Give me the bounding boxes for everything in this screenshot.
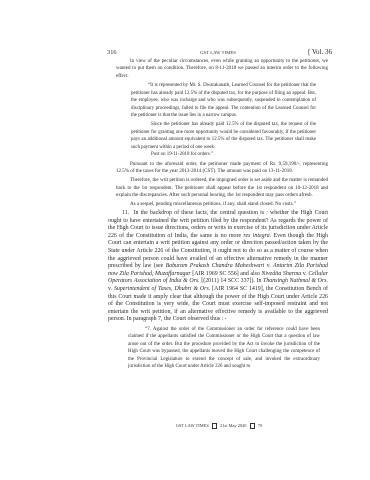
- footer-page: 70: [258, 423, 262, 428]
- paragraph-interim-intro: In view of the peculiar circumstances, e…: [116, 58, 328, 80]
- case-citation: Superintendent of Taxes, Dhubri & Ors.: [114, 286, 210, 292]
- quote-paragraph: “It is represented by Mr. S. Dwarakanath…: [131, 82, 316, 120]
- paragraph-number: 11.: [122, 210, 129, 216]
- square-bullet-icon: [250, 423, 255, 428]
- document-page: 316 GST LAW TIMES [ Vol. 36 In view of t…: [0, 0, 370, 480]
- paragraph-11: 11. In the backdrop of these facts, the …: [108, 210, 328, 324]
- volume-label: [ Vol. 36: [308, 48, 332, 56]
- court-observation-quote: “7. Against the order of the Commissione…: [128, 326, 320, 371]
- page-header: 316 GST LAW TIMES [ Vol. 36: [107, 48, 329, 58]
- footer-date: 21st May 2020: [220, 423, 246, 428]
- square-bullet-icon: [212, 423, 217, 428]
- footer-journal: GST LAW TIMES: [176, 423, 209, 428]
- interim-order-quote: “It is represented by Mr. S. Dwarakanath…: [131, 82, 316, 159]
- paragraph-payment: Pursuant to the aforesaid order, the pet…: [116, 161, 328, 176]
- paragraph-remand: Therefore, the writ petition is ordered,…: [116, 177, 328, 199]
- case-citation: Thansingh Nathmal & Ors.: [263, 278, 328, 284]
- page-footer: GST LAW TIMES21st May 202070: [108, 423, 330, 429]
- quote-paragraph: Since the petitioner has already paid 12…: [131, 121, 316, 151]
- quote-paragraph: “7. Against the order of the Commissione…: [128, 326, 320, 371]
- paragraph-sequel: As a sequel, pending miscellaneous petit…: [116, 201, 328, 208]
- case-citation: Nivedita Sharma: [261, 271, 301, 277]
- quote-paragraph: Post on 19-11-2018 for orders.”: [131, 151, 316, 159]
- journal-title: GST LAW TIMES: [107, 50, 329, 55]
- quoted-order-block: In view of the peculiar circumstances, e…: [116, 58, 328, 209]
- page-body: In view of the peculiar circumstances, e…: [108, 58, 328, 371]
- case-citation: Baburam Prakash Chandra Maheshwari: [166, 263, 265, 269]
